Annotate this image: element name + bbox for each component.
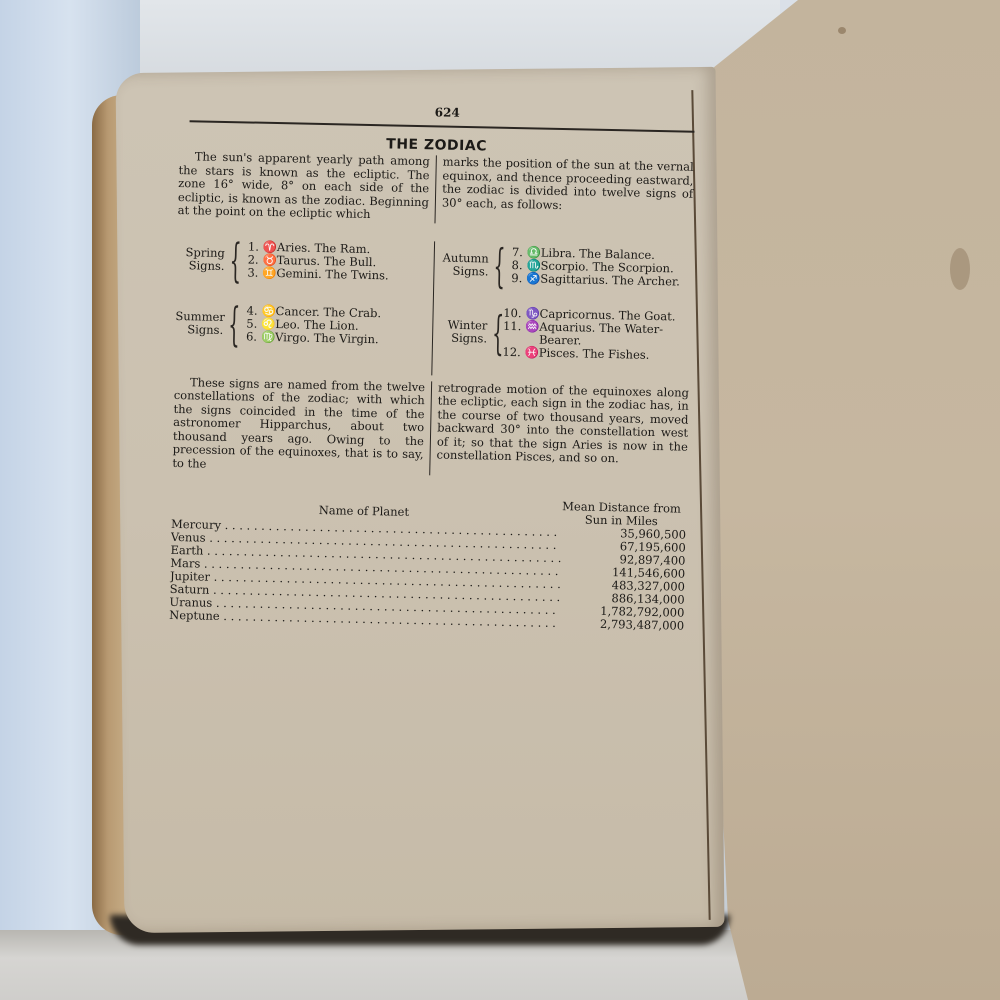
virgo-icon: ♍ xyxy=(261,331,275,344)
intro-paragraph: The sun's apparent yearly path among the… xyxy=(178,150,694,228)
page-content: 624 THE ZODIAC The sun's apparent yearly… xyxy=(169,100,695,633)
intro-left-column: The sun's apparent yearly path among the… xyxy=(178,150,437,223)
sign-group-spring: Spring Signs. { 1.♈Aries. The Ram. 2.♉Ta… xyxy=(176,235,428,286)
paper-stain xyxy=(950,248,970,290)
capricorn-icon: ♑ xyxy=(525,307,539,320)
zodiac-signs-list: Spring Signs. { 1.♈Aries. The Ram. 2.♉Ta… xyxy=(174,235,692,380)
precession-right-column: retrograde motion of the equinoxes along… xyxy=(430,381,689,481)
sign-group-winter: Winter Signs. { 10.♑Capricornus. The Goa… xyxy=(439,305,691,362)
paper-stain xyxy=(838,27,846,34)
season-label: Summer Signs. xyxy=(175,309,226,336)
sign-group-autumn: Autumn Signs. { 7.♎Libra. The Balance. 8… xyxy=(440,241,692,292)
aquarius-icon: ♒ xyxy=(525,320,540,346)
gemini-icon: ♊ xyxy=(262,267,276,280)
sign-entry: 6.♍Virgo. The Virgin. xyxy=(235,330,426,347)
right-blank-page xyxy=(688,0,1000,1000)
sign-entry: 12.♓Pisces. The Fishes. xyxy=(499,345,690,362)
brace-icon: { xyxy=(493,242,498,288)
season-label: Autumn Signs. xyxy=(440,251,491,278)
season-label: Winter Signs. xyxy=(439,318,490,345)
pisces-icon: ♓ xyxy=(525,346,539,359)
sign-entry: 9.♐Sagittarius. The Archer. xyxy=(500,272,691,289)
brace-icon: { xyxy=(492,309,497,355)
brace-icon: { xyxy=(229,237,234,283)
sagittarius-icon: ♐ xyxy=(526,272,540,285)
brace-icon: { xyxy=(228,301,233,347)
precession-paragraph: These signs are named from the twelve co… xyxy=(172,375,689,480)
sign-entry: 3.♊Gemini. The Twins. xyxy=(236,266,427,283)
sign-group-summer: Summer Signs. { 4.♋Cancer. The Crab. 5.♌… xyxy=(175,299,427,350)
signs-right-half: Autumn Signs. { 7.♎Libra. The Balance. 8… xyxy=(432,241,692,380)
precession-left-column: These signs are named from the twelve co… xyxy=(172,375,432,475)
season-label: Spring Signs. xyxy=(176,245,227,272)
signs-left-half: Spring Signs. { 1.♈Aries. The Ram. 2.♉Ta… xyxy=(174,235,435,374)
planet-distance-table: Name of Planet Mean Distance from Sun in… xyxy=(169,492,687,633)
intro-right-column: marks the position of the sun at the ver… xyxy=(435,155,693,228)
column-header-distance: Mean Distance from Sun in Miles xyxy=(556,500,687,529)
